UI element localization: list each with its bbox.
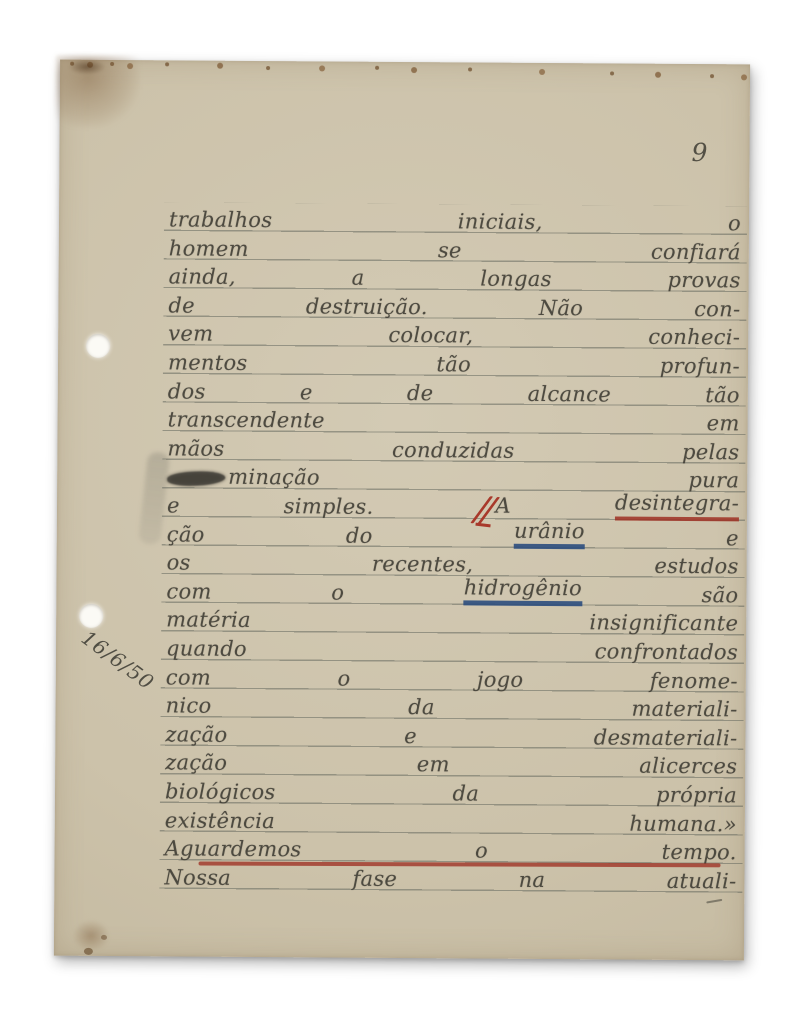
handwritten-word: fenome- bbox=[650, 668, 738, 693]
handwritten-word: com bbox=[166, 579, 211, 603]
handwritten-word: tão bbox=[436, 352, 471, 376]
handwritten-word: humana.» bbox=[629, 811, 737, 836]
handwritten-word: desmateriali- bbox=[594, 725, 738, 750]
handwritten-word: em bbox=[417, 753, 450, 777]
handwritten-word: e bbox=[300, 380, 313, 404]
handwritten-word: da bbox=[452, 781, 479, 805]
handwritten-word: zação bbox=[165, 751, 227, 775]
handwritten-word: são bbox=[701, 583, 738, 607]
handwritten-word: quando bbox=[166, 636, 247, 661]
handwritten-word: mentos bbox=[168, 350, 248, 375]
handwritten-word: da bbox=[408, 695, 435, 719]
handwritten-word: mãos bbox=[167, 436, 224, 460]
handwritten-word: o bbox=[475, 839, 488, 863]
scribble-strikeout bbox=[167, 471, 226, 488]
handwritten-word: e bbox=[167, 493, 180, 517]
handwritten-word: o bbox=[331, 580, 344, 604]
handwritten-word: de bbox=[407, 381, 434, 405]
manuscript-text: trabalhosiniciais,ohomemseconfiaráainda,… bbox=[54, 60, 750, 961]
handwritten-word: e bbox=[726, 526, 739, 550]
handwritten-word: destruição. bbox=[306, 294, 428, 319]
handwritten-word: ção bbox=[167, 522, 205, 546]
handwritten-word: recentes, bbox=[372, 552, 473, 577]
handwritten-word: provas bbox=[667, 268, 740, 293]
handwritten-word: urânio bbox=[514, 518, 585, 548]
handwritten-word: matéria bbox=[166, 608, 251, 633]
handwritten-word: confrontados bbox=[595, 639, 739, 664]
handwritten-word: ainda, bbox=[169, 265, 236, 289]
handwritten-word: com bbox=[166, 665, 211, 689]
handwritten-word: em bbox=[707, 411, 740, 435]
handwritten-word: con- bbox=[694, 297, 740, 321]
handwritten-word: longas bbox=[480, 267, 552, 291]
handwritten-word: transcendente bbox=[168, 408, 325, 433]
handwritten-word: confiará bbox=[651, 239, 741, 264]
handwritten-word: o bbox=[728, 211, 741, 235]
handwritten-word: e bbox=[404, 724, 417, 748]
handwritten-word: conduzidas bbox=[392, 438, 515, 463]
handwritten-word: atuali- bbox=[667, 869, 737, 893]
manuscript-line: Nossafasenaatuali- bbox=[164, 860, 736, 894]
handwritten-word: os bbox=[167, 551, 191, 575]
handwritten-word: colocar, bbox=[388, 323, 473, 348]
handwritten-word: nico bbox=[166, 694, 212, 718]
handwritten-word: Aguardemos bbox=[165, 837, 302, 862]
handwritten-word: pura bbox=[688, 468, 739, 492]
handwritten-word: tão bbox=[705, 383, 740, 407]
handwritten-word: tempo. bbox=[662, 840, 737, 865]
handwritten-word: trabalhos bbox=[169, 207, 272, 232]
handwritten-word: materiali- bbox=[631, 697, 737, 722]
handwritten-word: pelas bbox=[682, 440, 740, 464]
handwritten-word: simples. bbox=[284, 494, 374, 519]
manuscript-page: 9 16/6/50 trabalhosiniciais,ohomemseconf… bbox=[54, 60, 750, 961]
handwritten-word: fase bbox=[352, 866, 397, 890]
handwritten-word: estudos bbox=[654, 554, 738, 579]
handwritten-word: se bbox=[438, 238, 462, 262]
handwritten-word: biológicos bbox=[165, 779, 276, 804]
scan-background: 9 16/6/50 trabalhosiniciais,ohomemseconf… bbox=[0, 0, 809, 1024]
handwritten-word: desintegra- bbox=[615, 490, 739, 521]
handwritten-word: conheci- bbox=[648, 325, 740, 350]
handwritten-word: na bbox=[519, 868, 546, 892]
handwritten-word: alcance bbox=[528, 381, 612, 406]
handwritten-word: zação bbox=[165, 722, 227, 746]
handwritten-word: existência bbox=[165, 808, 275, 833]
handwritten-word: do bbox=[346, 523, 373, 547]
handwritten-word: Nossa bbox=[164, 865, 231, 889]
handwritten-word: de bbox=[168, 293, 195, 317]
handwritten-word: insignificante bbox=[589, 611, 738, 636]
handwritten-word: homem bbox=[169, 236, 249, 261]
handwritten-word: a bbox=[352, 266, 365, 290]
handwritten-word: iniciais, bbox=[458, 209, 543, 234]
handwritten-word: Não bbox=[539, 296, 584, 320]
handwritten-word: vem bbox=[168, 322, 213, 346]
handwritten-word: jogo bbox=[477, 667, 524, 691]
handwritten-word: A bbox=[477, 494, 511, 520]
handwritten-word: profun- bbox=[660, 354, 740, 379]
handwritten-word: minação bbox=[167, 465, 320, 490]
handwritten-word: dos bbox=[168, 379, 206, 403]
handwritten-word: própria bbox=[656, 783, 737, 808]
handwritten-word: alicerces bbox=[639, 754, 737, 779]
handwritten-word: o bbox=[337, 666, 350, 690]
handwritten-word: hidrogênio bbox=[464, 575, 582, 606]
